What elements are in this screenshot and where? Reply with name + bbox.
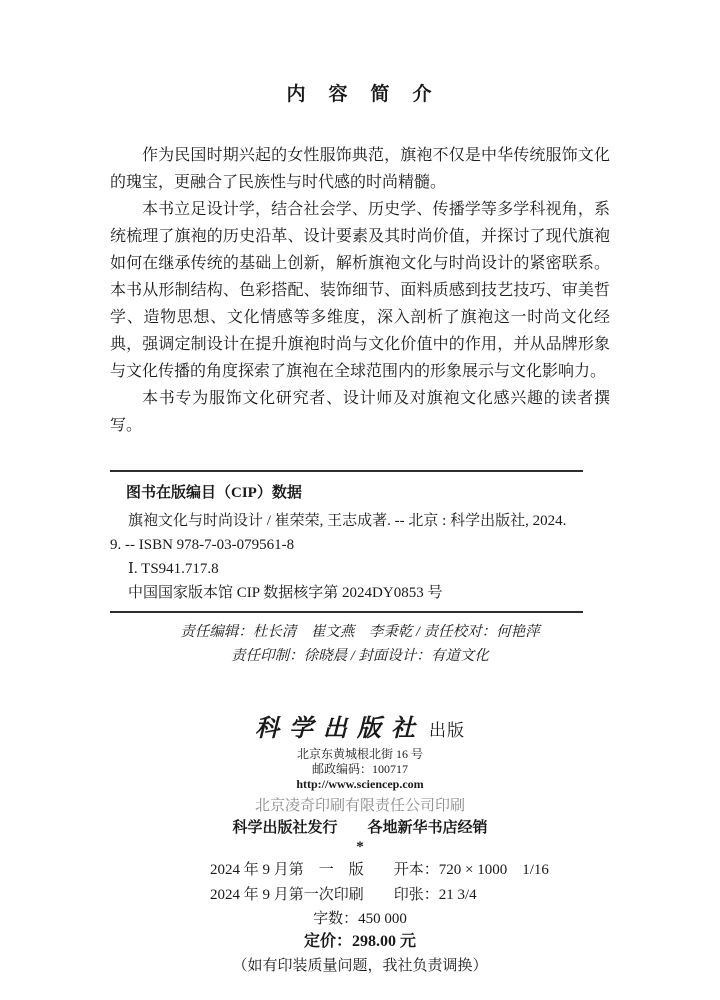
credits-editors-line: 责任编辑：杜长清 崔文燕 李秉乾 / 责任校对：何艳萍 — [110, 620, 610, 644]
credits-print-design-line: 责任印制：徐晓晨 / 封面设计：有道文化 — [110, 644, 610, 668]
price-line: 定价：298.00 元 — [110, 930, 610, 954]
intro-paragraph-1: 作为民国时期兴起的女性服饰典范，旗袍不仅是中华传统服饰文化的瑰宝，更融合了民族性… — [110, 142, 610, 196]
cip-divider-bottom — [110, 611, 583, 613]
edition-format-line: 2024 年 9 月第 一 版 开本：720 × 1000 1/16 — [210, 858, 610, 883]
word-count-line: 字数：450 000 — [110, 908, 610, 930]
quality-note-line: （如有印装质量问题，我社负责调换） — [110, 954, 610, 978]
cip-title-line: 旗袍文化与时尚设计 / 崔荣荣, 王志成著. -- 北京 : 科学出版社, 20… — [110, 509, 610, 533]
publisher-logo-line: 科学出版社 出版 — [110, 714, 610, 747]
cip-block: 图书在版编目（CIP）数据 旗袍文化与时尚设计 / 崔荣荣, 王志成著. -- … — [110, 483, 610, 605]
page-title: 内 容 简 介 — [110, 82, 610, 108]
cip-heading: 图书在版编目（CIP）数据 — [126, 483, 610, 503]
page-content: 内 容 简 介 作为民国时期兴起的女性服饰典范，旗袍不仅是中华传统服饰文化的瑰宝… — [110, 0, 610, 978]
intro-paragraph-3: 本书专为服饰文化研究者、设计师及对旗袍文化感兴趣的读者撰写。 — [110, 385, 610, 439]
cip-record-number-line: 中国国家版本馆 CIP 数据核字第 2024DY0853 号 — [110, 581, 610, 605]
publisher-address: 北京东黄城根北街 16 号 — [110, 747, 610, 762]
separator-asterisk: * — [110, 840, 610, 854]
intro-paragraph-2: 本书立足设计学，结合社会学、历史学、传播学等多学科视角，系统梳理了旗袍的历史沿革… — [110, 196, 610, 385]
staff-credits: 责任编辑：杜长清 崔文燕 李秉乾 / 责任校对：何艳萍 责任印制：徐晓晨 / 封… — [110, 620, 610, 668]
printing-sheets-line: 2024 年 9 月第一次印刷 印张：21 3/4 — [210, 883, 610, 908]
distribution-line: 科学出版社发行 各地新华书店经销 — [110, 818, 610, 838]
printer-name: 北京凌奇印刷有限责任公司印刷 — [110, 796, 610, 816]
cip-divider-top — [110, 470, 583, 472]
book-copyright-page: 内 容 简 介 作为民国时期兴起的女性服饰典范，旗袍不仅是中华传统服饰文化的瑰宝… — [0, 0, 720, 1000]
publisher-publish-label: 出版 — [429, 721, 465, 740]
publisher-logo: 科学出版社 — [255, 716, 425, 742]
cip-classification-line: Ⅰ. TS941.717.8 — [110, 557, 610, 581]
colophon-lines: 2024 年 9 月第 一 版 开本：720 × 1000 1/16 2024 … — [210, 858, 610, 908]
publisher-website: http://www.sciencep.com — [110, 777, 610, 792]
publisher-postcode: 邮政编码：100717 — [110, 762, 610, 777]
cip-isbn-line: 9. -- ISBN 978-7-03-079561-8 — [110, 533, 610, 557]
publisher-block: 科学出版社 出版 北京东黄城根北街 16 号 邮政编码：100717 http:… — [110, 714, 610, 854]
colophon-block: 2024 年 9 月第 一 版 开本：720 × 1000 1/16 2024 … — [110, 858, 610, 978]
